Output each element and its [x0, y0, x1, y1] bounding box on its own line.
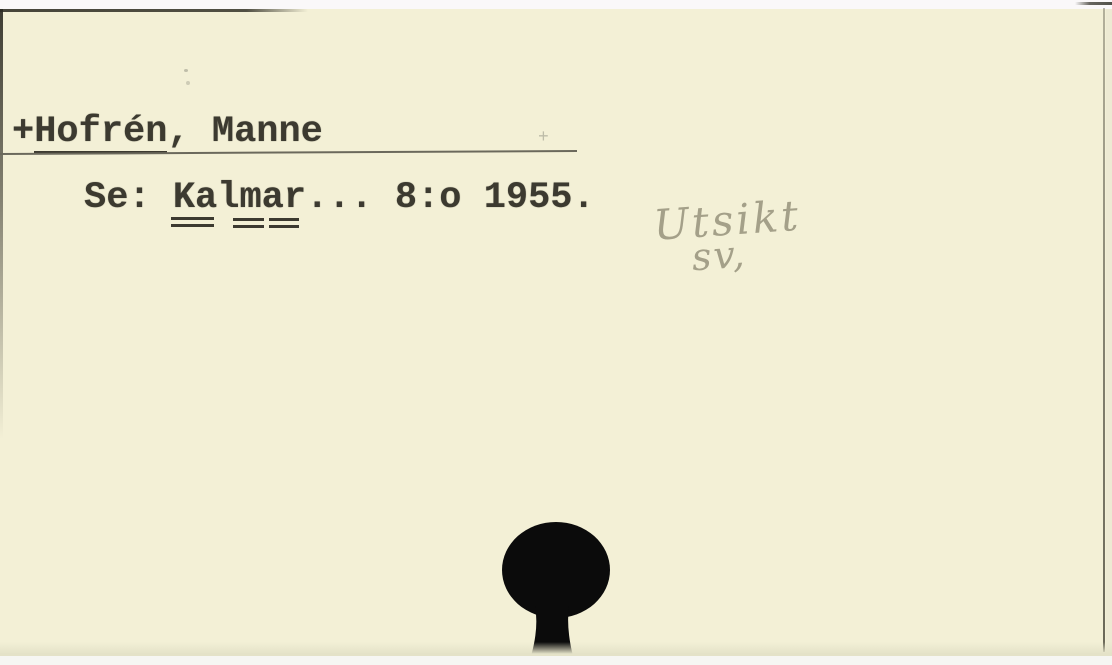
paper-speck	[186, 81, 190, 85]
catalog-card: +Hofrén, Manne + Se: Kalmar... 8:o 1955.…	[0, 0, 1112, 665]
card-top-edge-line	[0, 9, 308, 12]
filing-mark: +	[12, 111, 34, 153]
scan-bottom-edge	[0, 656, 1112, 665]
card-left-edge-line	[0, 9, 3, 439]
scan-top-edge	[0, 0, 1112, 9]
card-bottom-shadow	[0, 642, 1112, 656]
filing-word-double-underline	[269, 218, 299, 228]
scan-right-margin	[1106, 9, 1112, 654]
reference-suffix: ... 8:o 1955.	[306, 177, 595, 219]
reference-title: Kalmar	[173, 177, 306, 219]
card-top-right-edge-line	[1075, 2, 1112, 5]
paper-speck	[184, 69, 188, 72]
pencil-annotation: Utsikt sv,	[652, 193, 805, 279]
filing-word-double-underline	[233, 218, 264, 228]
given-name: , Manne	[167, 111, 322, 153]
filing-word-double-underline	[171, 217, 214, 227]
reference-prefix: Se:	[84, 177, 173, 219]
card-punch-hole	[495, 518, 620, 658]
card-right-edge-line	[1103, 8, 1105, 652]
surname: Hofrén	[34, 114, 167, 154]
stray-typed-mark: +	[538, 128, 549, 148]
heading-line: +Hofrén, Manne	[12, 114, 323, 154]
reference-line: Se: Kalmar... 8:o 1955.	[84, 180, 595, 217]
